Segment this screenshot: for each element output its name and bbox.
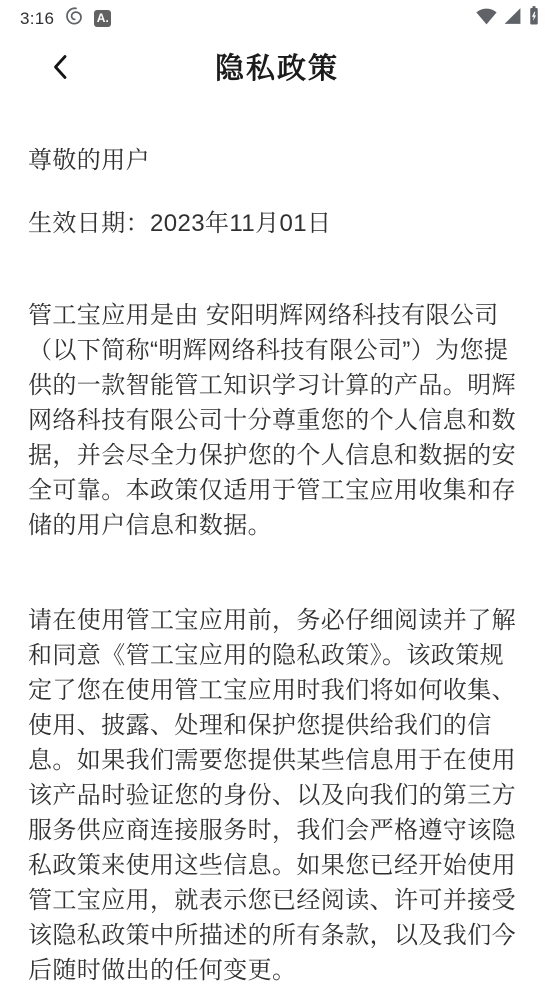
status-bar: 3:16 A. — [0, 0, 554, 36]
app-bar: 隐私政策 — [0, 36, 554, 100]
cellular-signal-icon — [503, 7, 522, 30]
privacy-policy-screen: 3:16 A. — [0, 0, 554, 984]
status-time: 3:16 — [20, 8, 54, 29]
page-title: 隐私政策 — [0, 36, 554, 100]
battery-charging-icon — [528, 5, 540, 31]
spiral-notification-icon — [64, 6, 84, 31]
a-app-notification-icon: A. — [94, 10, 111, 27]
policy-scroll-area[interactable]: 尊敬的用户 生效日期：2023年11月01日 管工宝应用是由 安阳明辉网络科技有… — [0, 100, 554, 984]
salutation-text: 尊敬的用户 — [28, 143, 526, 178]
policy-paragraph: 请在使用管工宝应用前，务必仔细阅读并了解和同意《管工宝应用的隐私政策》。该政策规… — [28, 603, 526, 984]
policy-paragraph: 管工宝应用是由 安阳明辉网络科技有限公司（以下简称“明辉网络科技有限公司”）为您… — [28, 298, 526, 543]
effective-date-text: 生效日期：2023年11月01日 — [28, 206, 526, 241]
wifi-icon — [476, 7, 497, 30]
status-bar-left: 3:16 A. — [20, 6, 111, 31]
status-bar-right — [476, 5, 540, 31]
